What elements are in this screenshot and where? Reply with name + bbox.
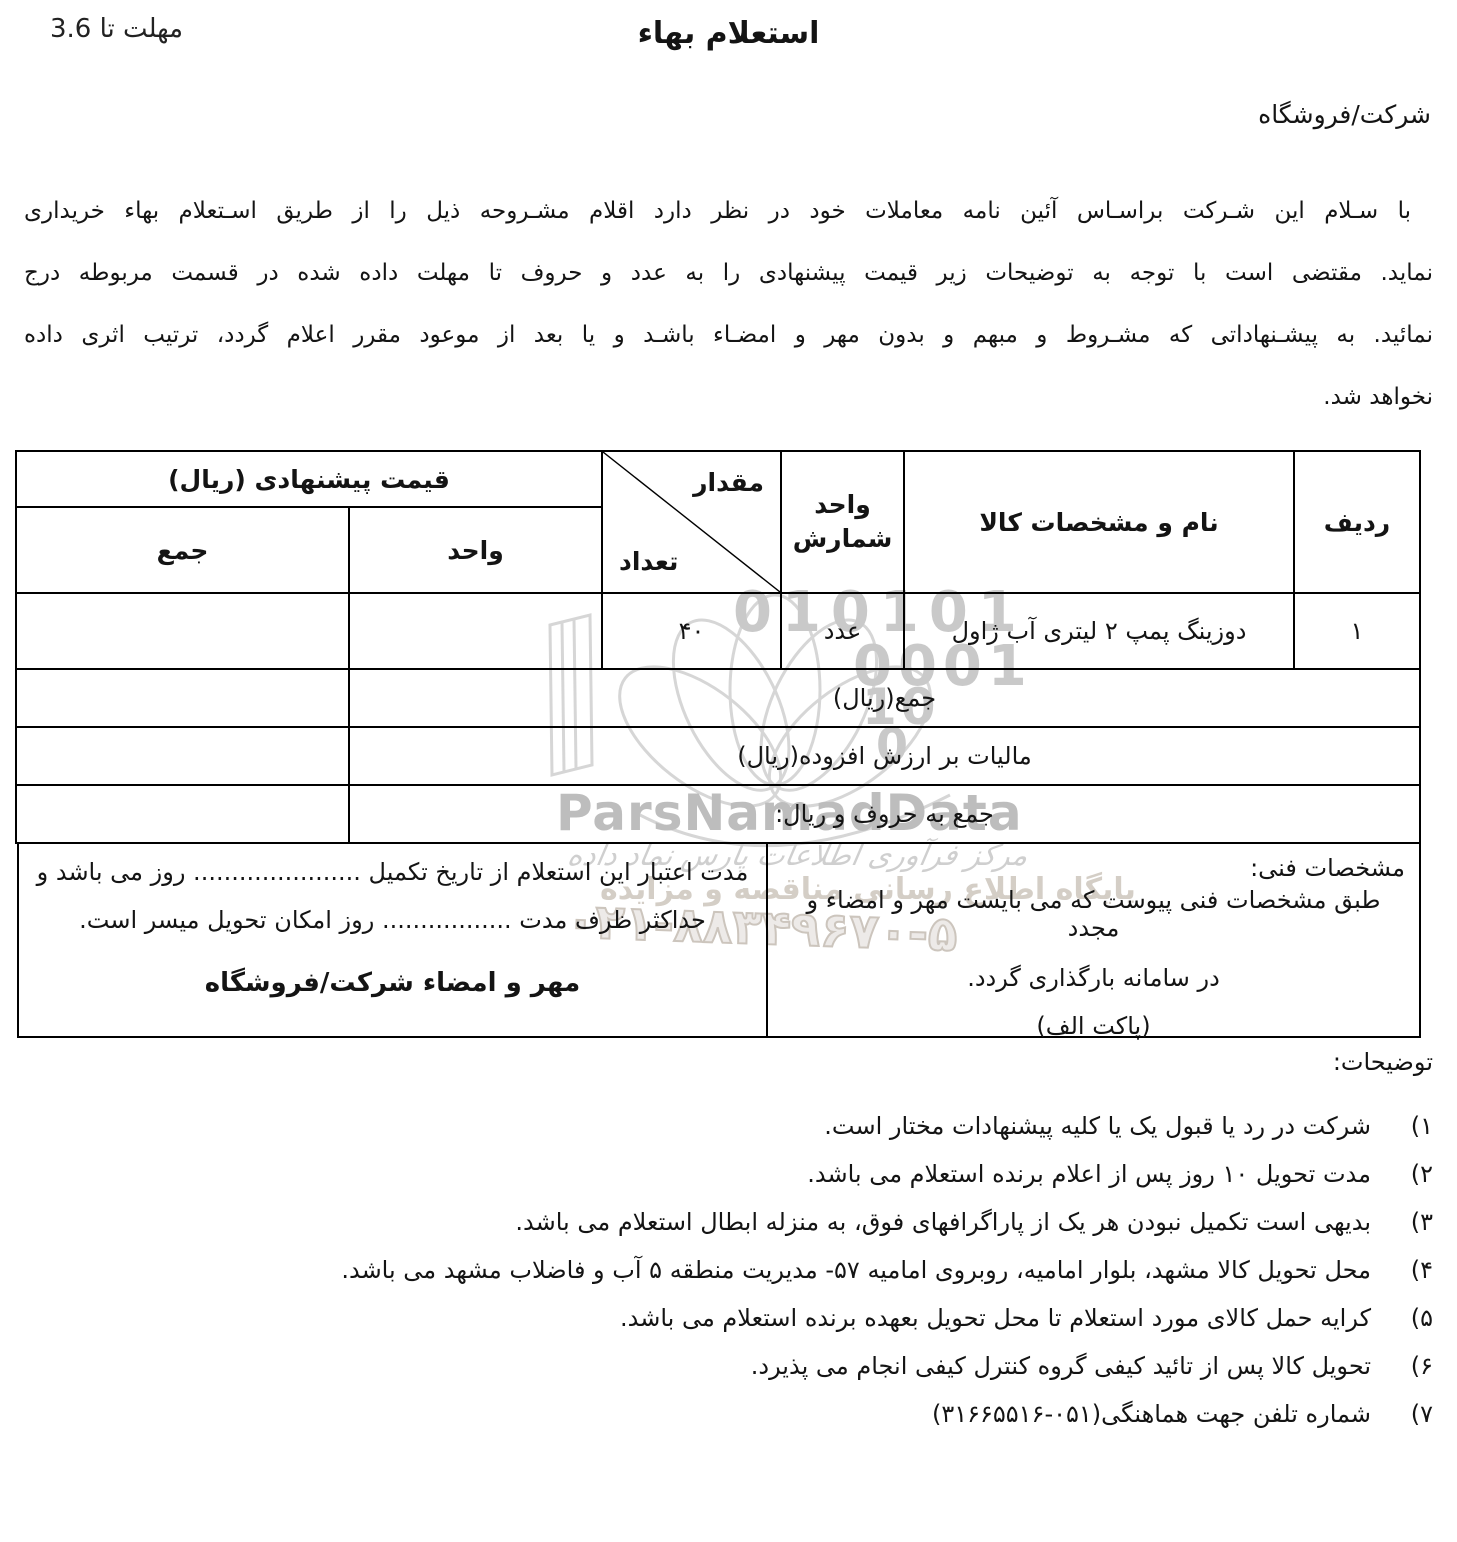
sum-row: جمع(ریال)	[16, 669, 1420, 727]
validity-cell: مدت اعتبار این استعلام از تاریخ تکمیل ..…	[19, 844, 766, 1036]
page-title: استعلام بهاء	[0, 16, 1457, 51]
total-in-words-value-cell	[16, 785, 349, 843]
tech-spec-envelope: (پاکت الف)	[782, 1012, 1405, 1040]
note-number: ۶)	[1375, 1350, 1433, 1382]
note-text: بدیهی است تکمیل نبودن هر یک از پاراگرافه…	[24, 1206, 1375, 1238]
note-number: ۱)	[1375, 1110, 1433, 1142]
list-item: ۴) محل تحویل کالا مشهد، بلوار امامیه، رو…	[24, 1254, 1433, 1286]
cell-quantity: ۴۰	[602, 593, 781, 669]
total-in-words-label: جمع به حروف و ریال:	[349, 785, 1420, 843]
intro-line-4: نخواهد شد.	[24, 366, 1433, 428]
total-in-words-row: جمع به حروف و ریال:	[16, 785, 1420, 843]
note-text: شرکت در رد یا قبول یک یا کلیه پیشنهادات …	[24, 1110, 1375, 1142]
cell-item-name: دوزینگ پمپ ۲ لیتری آب ژاول	[904, 593, 1294, 669]
note-number: ۷)	[1375, 1398, 1433, 1430]
tech-spec-line-2: در سامانه بارگذاری گردد.	[782, 964, 1405, 992]
note-number: ۵)	[1375, 1302, 1433, 1334]
note-number: ۳)	[1375, 1206, 1433, 1238]
header-unit-price: واحد	[349, 507, 602, 593]
intro-line-2: نماید. مقتضی است با توجه به توضیحات زیر …	[24, 242, 1433, 304]
signature-label: مهر و امضاء شرکت/فروشگاه	[29, 968, 756, 998]
list-item: ۲) مدت تحویل ۱۰ روز پس از اعلام برنده اس…	[24, 1158, 1433, 1190]
tech-spec-heading: مشخصات فنی:	[782, 854, 1405, 882]
validity-line-2: حداکثر ظرف مدت ................. روز امک…	[29, 906, 756, 934]
header-quantity: تعداد	[619, 547, 678, 576]
table-row: ۱ دوزینگ پمپ ۲ لیتری آب ژاول عدد ۴۰	[16, 593, 1420, 669]
cell-row-no: ۱	[1294, 593, 1420, 669]
tech-spec-line-1: طبق مشخصات فنی پیوست که می بایست مهر و ا…	[782, 886, 1405, 942]
note-text: تحویل کالا پس از تائید کیفی گروه کنترل ک…	[24, 1350, 1375, 1382]
cell-unit-price	[349, 593, 602, 669]
sum-label: جمع(ریال)	[349, 669, 1420, 727]
document-page: 010101 0001 10 0 ParsNamadData مرکز فرآو…	[0, 0, 1457, 1542]
intro-line-1: با سـلام این شـرکت براسـاس آئین نامه معا…	[24, 180, 1433, 242]
header-amount-quantity: مقدار تعداد	[602, 451, 781, 593]
notes-heading: توضیحات:	[24, 1048, 1433, 1076]
addressee-label: شرکت/فروشگاه	[1258, 100, 1431, 129]
list-item: ۶) تحویل کالا پس از تائید کیفی گروه کنتر…	[24, 1350, 1433, 1382]
note-text: مدت تحویل ۱۰ روز پس از اعلام برنده استعل…	[24, 1158, 1375, 1190]
note-text: محل تحویل کالا مشهد، بلوار امامیه، روبرو…	[24, 1254, 1375, 1286]
intro-paragraph: با سـلام این شـرکت براسـاس آئین نامه معا…	[24, 180, 1433, 428]
note-number: ۲)	[1375, 1158, 1433, 1190]
header-proposed-price: قیمت پیشنهادی (ریال)	[16, 451, 602, 507]
notes-section: توضیحات: ۱) شرکت در رد یا قبول یک یا کلی…	[24, 1048, 1433, 1430]
table-bottom-section: مشخصات فنی: طبق مشخصات فنی پیوست که می ب…	[17, 842, 1421, 1038]
notes-list: ۱) شرکت در رد یا قبول یک یا کلیه پیشنهاد…	[24, 1110, 1433, 1430]
validity-line-1: مدت اعتبار این استعلام از تاریخ تکمیل ..…	[29, 858, 756, 886]
intro-line-3: نمائید. به پیشـنهاداتی که مشـروط و مبهم …	[24, 304, 1433, 366]
inquiry-table: ردیف نام و مشخصات کالا واحد شمارش مقدار …	[15, 450, 1421, 844]
list-item: ۵) کرایه حمل کالای مورد استعلام تا محل ت…	[24, 1302, 1433, 1334]
inquiry-table-section: ردیف نام و مشخصات کالا واحد شمارش مقدار …	[17, 450, 1421, 1038]
list-item: ۱) شرکت در رد یا قبول یک یا کلیه پیشنهاد…	[24, 1110, 1433, 1142]
header-count-unit-bottom: شمارش	[782, 522, 903, 556]
note-text: کرایه حمل کالای مورد استعلام تا محل تحوی…	[24, 1302, 1375, 1334]
note-text: شماره تلفن جهت هماهنگی(۰۵۱-۳۱۶۶۵۵۱۶)	[24, 1398, 1375, 1430]
sum-value-cell	[16, 669, 349, 727]
tech-spec-cell: مشخصات فنی: طبق مشخصات فنی پیوست که می ب…	[766, 844, 1419, 1036]
list-item: ۳) بدیهی است تکمیل نبودن هر یک از پاراگر…	[24, 1206, 1433, 1238]
header-amount: مقدار	[693, 468, 764, 497]
header-count-unit-top: واحد	[782, 488, 903, 522]
vat-value-cell	[16, 727, 349, 785]
vat-row: مالیات بر ارزش افزوده(ریال)	[16, 727, 1420, 785]
cell-count-unit: عدد	[781, 593, 904, 669]
header-total-price: جمع	[16, 507, 349, 593]
cell-total-price	[16, 593, 349, 669]
list-item: ۷) شماره تلفن جهت هماهنگی(۰۵۱-۳۱۶۶۵۵۱۶)	[24, 1398, 1433, 1430]
header-count-unit: واحد شمارش	[781, 451, 904, 593]
header-row-no: ردیف	[1294, 451, 1420, 593]
header-item-name: نام و مشخصات کالا	[904, 451, 1294, 593]
vat-label: مالیات بر ارزش افزوده(ریال)	[349, 727, 1420, 785]
note-number: ۴)	[1375, 1254, 1433, 1286]
